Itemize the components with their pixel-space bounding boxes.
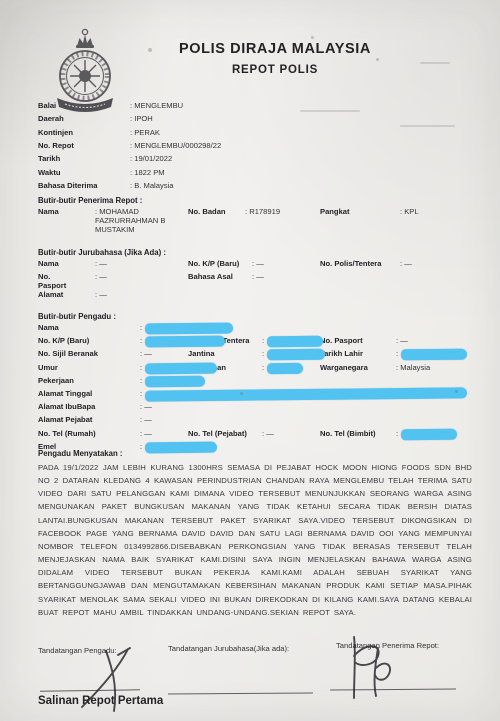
field-value: : [396, 349, 398, 358]
section-title-pengadu: Butir-butir Pengadu : [38, 312, 472, 321]
field-value: : R178919 [245, 207, 280, 216]
field-value: : 19/01/2022 [130, 154, 172, 163]
field-row: No. Pasport: —Bahasa Asal: — [38, 272, 472, 290]
field-no-pasport: No. Pasport: — [38, 272, 188, 290]
field-alamat-tinggal: Alamat Tinggal: [38, 389, 188, 400]
field-row: Bahasa Diterima: B. Malaysia [38, 181, 472, 194]
redaction-mark [267, 362, 303, 373]
field-label: Nama [38, 207, 95, 216]
field-label: Kontinjen [38, 128, 130, 137]
field-value: : — [262, 429, 274, 438]
field-label: Bahasa Diterima [38, 181, 130, 190]
field-value: : — [140, 402, 152, 411]
scan-artifact [455, 390, 458, 393]
field-alamat-pejabat: Alamat Pejabat: — [38, 415, 188, 424]
field-alamat-ibubapa: Alamat IbuBapa: — [38, 402, 188, 411]
field-label: Waktu [38, 168, 130, 177]
redaction-mark [145, 323, 233, 335]
field-value: : [140, 376, 142, 385]
field-row: Alamat: — [38, 290, 472, 303]
field-waktu: Waktu: 1822 PM [38, 168, 165, 177]
field-row: Alamat IbuBapa: — [38, 402, 472, 415]
field-row: Nama: —No. K/P (Baru): —No. Polis/Tenter… [38, 259, 472, 272]
field-value: : [140, 336, 142, 345]
field-label: Balai [38, 101, 130, 110]
field-row: Waktu: 1822 PM [38, 168, 472, 181]
penerima-signature-ink [338, 634, 420, 700]
field-label: Jantina [188, 349, 262, 358]
redaction-mark [267, 349, 325, 361]
scan-artifact [148, 48, 152, 52]
field-value: : — [140, 429, 152, 438]
field-row: Nama: MOHAMAD FAZRURRAHMAN B MUSTAKIMNo.… [38, 207, 472, 234]
field-value: : — [140, 415, 152, 424]
statement-title: Pengadu Menyatakan : [38, 449, 472, 458]
field-value: : [396, 429, 398, 438]
field-label: Alamat Tinggal [38, 389, 140, 398]
field-no-sijil-beranak: No. Sijil Beranak: — [38, 349, 188, 358]
penerima-section: Butir-butir Penerima Repot : Nama: MOHAM… [38, 196, 472, 234]
field-tarikh: Tarikh: 19/01/2022 [38, 154, 172, 163]
redaction-mark [401, 349, 467, 361]
scan-artifact [420, 62, 450, 64]
field-daerah: Daerah: IPOH [38, 114, 153, 123]
field-label: No. K/P (Baru) [38, 336, 140, 345]
field-no-tel-pejabat: No. Tel (Pejabat): — [188, 429, 320, 438]
field-value: : [140, 389, 142, 398]
field-umur: Umur: [38, 363, 188, 374]
field-value: : — [95, 290, 107, 299]
field-label: Tarikh [38, 154, 130, 163]
field-value: : PERAK [130, 128, 160, 137]
section-title-jurubahasa: Butir-butir Jurubahasa (Jika Ada) : [38, 248, 472, 257]
redaction-mark [267, 336, 323, 348]
section-title-penerima: Butir-butir Penerima Repot : [38, 196, 472, 205]
field-row: No. Sijil Beranak: —Jantina:Tarikh Lahir… [38, 349, 472, 362]
field-bahasa-asal: Bahasa Asal: — [188, 272, 320, 281]
field-value: : — [252, 272, 264, 281]
police-report-document: POLIS DIRAJA MALAYSIA REPOT POLIS Balai:… [0, 0, 500, 721]
field-row: No. K/P (Baru):No. Polis/Tentera:No. Pas… [38, 336, 472, 349]
field-value: : MENGLEMBU [130, 101, 183, 110]
field-label: Umur [38, 363, 140, 372]
field-no-tel-bimbit: No. Tel (Bimbit): [320, 429, 472, 440]
field-value: : — [95, 272, 107, 281]
field-value: : [262, 349, 264, 358]
field-label: No. Pasport [320, 336, 396, 345]
scan-artifact [376, 58, 379, 61]
field-no-tel-rumah: No. Tel (Rumah): — [38, 429, 188, 438]
field-label: No. Polis/Tentera [320, 259, 400, 268]
pengadu-section: Butir-butir Pengadu : Nama:No. K/P (Baru… [38, 312, 472, 455]
field-value: : — [400, 259, 412, 268]
field-value: : IPOH [130, 114, 153, 123]
field-tarikh-lahir: Tarikh Lahir: [320, 349, 472, 360]
field-no-k-p-baru: No. K/P (Baru): — [188, 259, 320, 268]
field-label: No. Sijil Beranak [38, 349, 140, 358]
field-no-k-p-baru: No. K/P (Baru): [38, 336, 188, 347]
field-label: Daerah [38, 114, 130, 123]
field-label: No. Repot [38, 141, 130, 150]
field-label: Nama [38, 323, 140, 332]
field-value: : [262, 336, 264, 345]
field-jantina: Jantina: [188, 349, 320, 360]
field-value: : — [252, 259, 264, 268]
scan-artifact [240, 392, 243, 395]
report-header: POLIS DIRAJA MALAYSIA REPOT POLIS [90, 41, 460, 76]
field-label: No. Tel (Rumah) [38, 429, 140, 438]
field-value: : MOHAMAD FAZRURRAHMAN B MUSTAKIM [95, 207, 191, 234]
field-label: Alamat [38, 290, 95, 299]
field-no-pasport: No. Pasport: — [320, 336, 472, 345]
statement-section: Pengadu Menyatakan : PADA 19/1/2022 JAM … [38, 449, 472, 619]
field-value: : [140, 363, 142, 372]
redaction-mark [145, 375, 205, 387]
field-kontinjen: Kontinjen: PERAK [38, 128, 160, 137]
field-alamat: Alamat: — [38, 290, 188, 299]
scan-artifact [300, 110, 360, 112]
field-row: Alamat Tinggal: [38, 389, 472, 402]
redaction-mark [401, 428, 457, 440]
field-label: No. Badan [188, 207, 245, 216]
scan-artifact [311, 36, 314, 39]
field-value: : [140, 323, 142, 332]
field-label: Nama [38, 259, 95, 268]
field-label: No. K/P (Baru) [188, 259, 252, 268]
station-details-section: Balai: MENGLEMBUDaerah: IPOHKontinjen: P… [38, 101, 472, 194]
field-row: Balai: MENGLEMBU [38, 101, 472, 114]
field-balai: Balai: MENGLEMBU [38, 101, 183, 110]
field-pekerjaan: Pekerjaan: [38, 376, 188, 387]
signature-label-jurubahasa: Tandatangan Jurubahasa(Jika ada): [168, 644, 289, 653]
field-label: Alamat IbuBapa [38, 402, 140, 411]
copy-type-footer: Salinan Repot Pertama [38, 695, 163, 707]
field-label: Tarikh Lahir [320, 349, 396, 358]
field-label: No. Pasport [38, 272, 95, 290]
redaction-mark [145, 387, 467, 401]
field-label: Pekerjaan [38, 376, 140, 385]
redaction-mark [145, 362, 217, 374]
field-row: No. Repot: MENGLEMBU/000298/22 [38, 141, 472, 154]
field-row: Tarikh: 19/01/2022 [38, 154, 472, 167]
field-label: No. Tel (Bimbit) [320, 429, 396, 438]
field-label: Warganegara [320, 363, 396, 372]
statement-body: PADA 19/1/2022 JAM LEBIH KURANG 1300HRS … [38, 461, 472, 619]
field-row: Kontinjen: PERAK [38, 128, 472, 141]
field-nama: Nama: [38, 323, 188, 334]
field-no-polis-tentera: No. Polis/Tentera: — [320, 259, 472, 268]
field-value: : KPL [400, 207, 419, 216]
field-nama: Nama: MOHAMAD FAZRURRAHMAN B MUSTAKIM [38, 207, 188, 234]
field-label: No. Tel (Pejabat) [188, 429, 262, 438]
field-value: : [262, 363, 264, 372]
signature-line-jurubahasa [168, 692, 313, 694]
field-pangkat: Pangkat: KPL [320, 207, 472, 216]
field-no-repot: No. Repot: MENGLEMBU/000298/22 [38, 141, 221, 150]
field-row: Alamat Pejabat: — [38, 415, 472, 428]
field-value: : MENGLEMBU/000298/22 [130, 141, 221, 150]
field-nama: Nama: — [38, 259, 188, 268]
page-subtitle: REPOT POLIS [90, 64, 460, 76]
field-no-badan: No. Badan: R178919 [188, 207, 320, 216]
redaction-mark [145, 336, 225, 348]
field-bahasa-diterima: Bahasa Diterima: B. Malaysia [38, 181, 173, 190]
field-warganegara: Warganegara: Malaysia [320, 363, 472, 372]
field-value: : 1822 PM [130, 168, 165, 177]
field-value: : B. Malaysia [130, 181, 173, 190]
field-value: : — [95, 259, 107, 268]
jurubahasa-section: Butir-butir Jurubahasa (Jika Ada) : Nama… [38, 248, 472, 303]
field-label: Alamat Pejabat [38, 415, 140, 424]
field-value: : Malaysia [396, 363, 430, 372]
field-label: Pangkat [320, 207, 400, 216]
field-label: Bahasa Asal [188, 272, 252, 281]
page-title: POLIS DIRAJA MALAYSIA [90, 41, 460, 57]
field-row: No. Tel (Rumah): —No. Tel (Pejabat): —No… [38, 429, 472, 442]
field-value: : — [140, 349, 152, 358]
field-row: Umur:Keturunan:Warganegara: Malaysia [38, 363, 472, 376]
scan-artifact [400, 125, 455, 127]
field-row: Nama: [38, 323, 472, 336]
field-value: : — [396, 336, 408, 345]
